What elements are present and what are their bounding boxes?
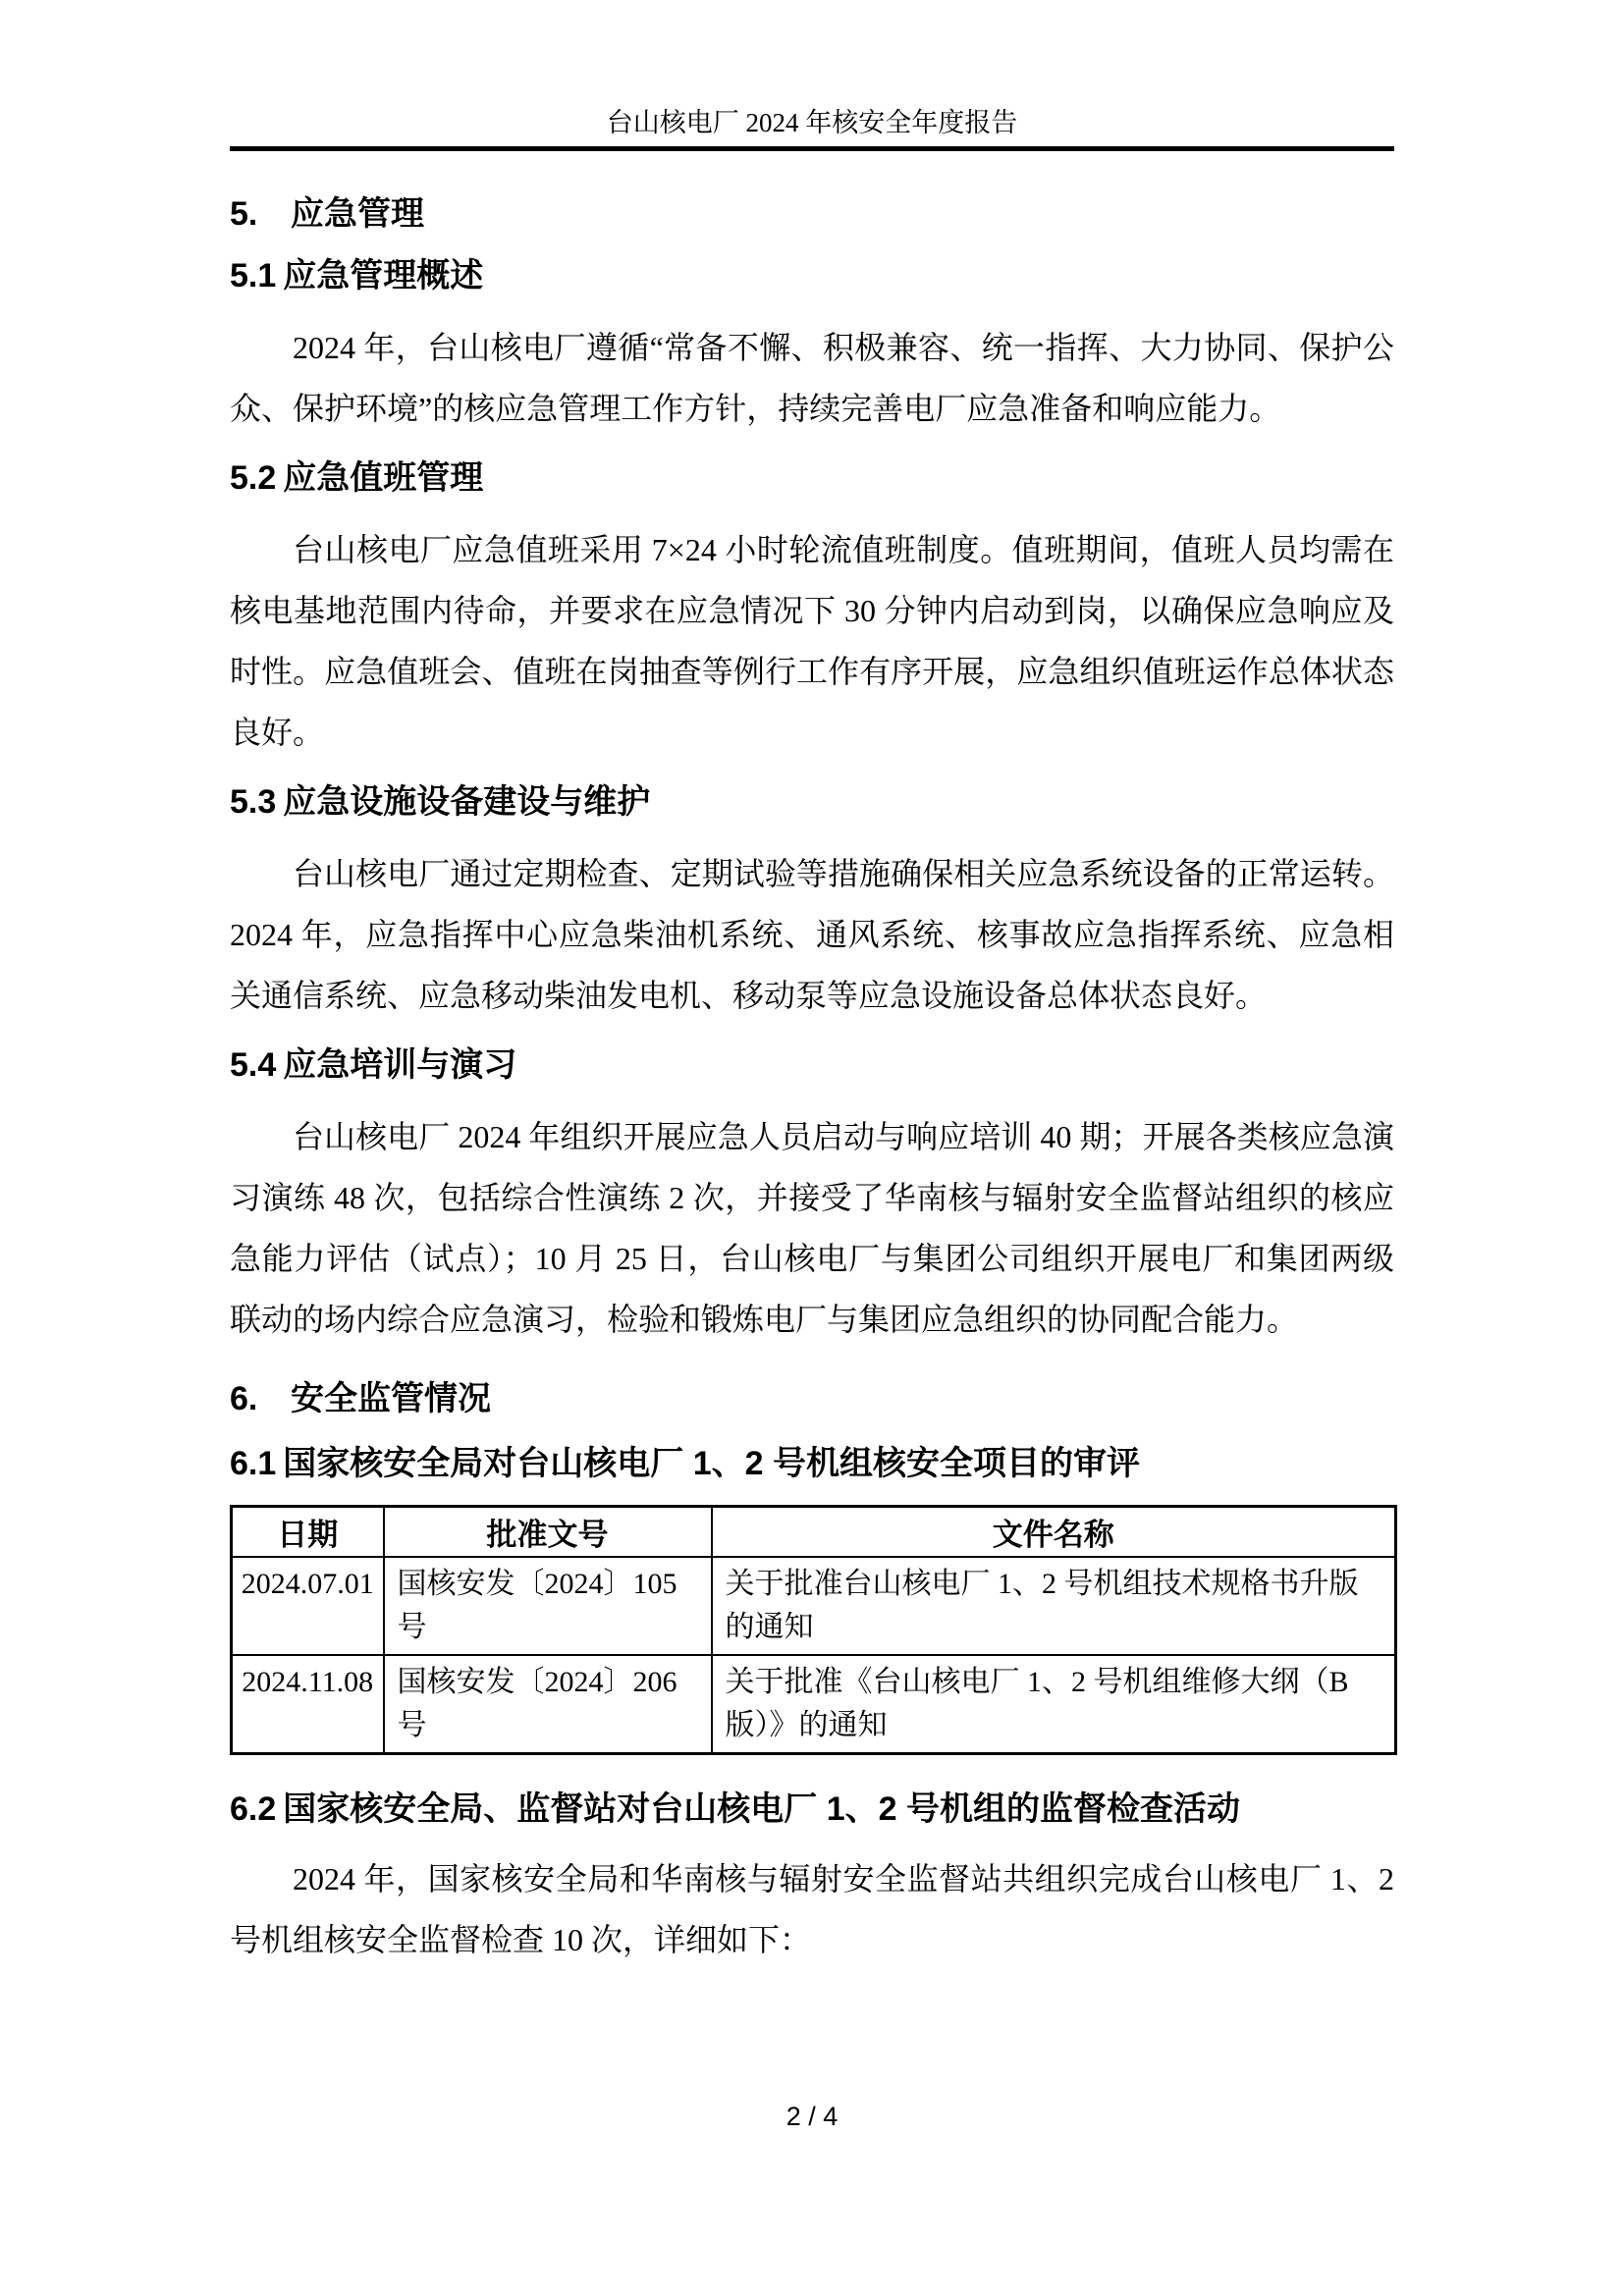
heading-5-2-title: 应急值班管理 [283, 459, 483, 497]
page-footer: 2 / 4 [0, 2101, 1624, 2132]
page-header: 台山核电厂 2024 年核安全年度报告 [230, 108, 1394, 151]
review-table-body: 2024.07.01 国核安发〔2024〕105 号 关于批准台山核电厂 1、2… [232, 1557, 1396, 1754]
review-table-header-row: 日期 批准文号 文件名称 [232, 1507, 1396, 1558]
paragraph-5-4: 台山核电厂 2024 年组织开展应急人员启动与响应培训 40 期；开展各类核应急… [230, 1106, 1394, 1350]
paragraph-6-2: 2024 年，国家核安全局和华南核与辐射安全监督站共组织完成台山核电厂 1、2 … [230, 1848, 1394, 1970]
review-table: 日期 批准文号 文件名称 2024.07.01 国核安发〔2024〕105 号 … [230, 1505, 1397, 1755]
heading-6-2-title: 国家核安全局、监督站对台山核电厂 1、2 号机组的监督检查活动 [283, 1790, 1240, 1828]
heading-5-1-title: 应急管理概述 [283, 257, 483, 294]
table-cell-approval-number: 国核安发〔2024〕206 号 [384, 1655, 712, 1754]
heading-6-2-number: 6.2 [230, 1790, 276, 1828]
page-header-title: 台山核电厂 2024 年核安全年度报告 [607, 108, 1018, 137]
heading-6-title: 安全监管情况 [291, 1380, 491, 1417]
heading-5-3-facilities: 5.3应急设施设备建设与维护 [230, 782, 1394, 822]
document-content: 5.应急管理 5.1应急管理概述 2024 年，台山核电厂遵循“常备不懈、积极兼… [230, 194, 1394, 1970]
heading-6-2-inspections: 6.2国家核安全局、监督站对台山核电厂 1、2 号机组的监督检查活动 [230, 1789, 1394, 1829]
heading-5-number: 5. [230, 194, 291, 234]
review-table-col-approval-number: 批准文号 [384, 1507, 712, 1558]
heading-6-safety-supervision: 6.安全监管情况 [230, 1379, 1394, 1418]
table-cell-date: 2024.11.08 [232, 1655, 384, 1754]
heading-5-2-number: 5.2 [230, 459, 276, 497]
table-cell-document-name: 关于批准台山核电厂 1、2 号机组技术规格书升版的通知 [712, 1557, 1396, 1655]
table-row: 2024.11.08 国核安发〔2024〕206 号 关于批准《台山核电厂 1、… [232, 1655, 1396, 1754]
heading-5-emergency-management: 5.应急管理 [230, 194, 1394, 234]
paragraph-5-2: 台山核电厂应急值班采用 7×24 小时轮流值班制度。值班期间，值班人员均需在核电… [230, 519, 1394, 763]
review-table-header: 日期 批准文号 文件名称 [232, 1507, 1396, 1558]
heading-5-3-title: 应急设施设备建设与维护 [283, 783, 650, 821]
table-cell-document-name: 关于批准《台山核电厂 1、2 号机组维修大纲（B 版）》的通知 [712, 1655, 1396, 1754]
heading-6-1-title: 国家核安全局对台山核电厂 1、2 号机组核安全项目的审评 [283, 1445, 1140, 1482]
table-row: 2024.07.01 国核安发〔2024〕105 号 关于批准台山核电厂 1、2… [232, 1557, 1396, 1655]
heading-5-1-overview: 5.1应急管理概述 [230, 256, 1394, 295]
heading-5-1-number: 5.1 [230, 257, 276, 294]
heading-5-title: 应急管理 [291, 195, 424, 233]
table-cell-date: 2024.07.01 [232, 1557, 384, 1655]
heading-6-1-number: 6.1 [230, 1445, 276, 1482]
heading-5-4-number: 5.4 [230, 1046, 276, 1084]
heading-6-number: 6. [230, 1379, 291, 1418]
paragraph-5-1: 2024 年，台山核电厂遵循“常备不懈、积极兼容、统一指挥、大力协同、保护公众、… [230, 317, 1394, 439]
heading-5-4-training-drills: 5.4应急培训与演习 [230, 1045, 1394, 1085]
heading-5-4-title: 应急培训与演习 [283, 1046, 516, 1084]
heading-5-3-number: 5.3 [230, 783, 276, 821]
document-page: 台山核电厂 2024 年核安全年度报告 5.应急管理 5.1应急管理概述 202… [0, 0, 1624, 2296]
heading-6-1-review: 6.1国家核安全局对台山核电厂 1、2 号机组核安全项目的审评 [230, 1444, 1394, 1483]
table-cell-approval-number: 国核安发〔2024〕105 号 [384, 1557, 712, 1655]
page-number: 2 / 4 [786, 2102, 839, 2131]
review-table-col-date: 日期 [232, 1507, 384, 1558]
heading-5-2-duty-management: 5.2应急值班管理 [230, 458, 1394, 498]
review-table-col-document-name: 文件名称 [712, 1507, 1396, 1558]
paragraph-5-3: 台山核电厂通过定期检查、定期试验等措施确保相关应急系统设备的正常运转。2024 … [230, 843, 1394, 1026]
